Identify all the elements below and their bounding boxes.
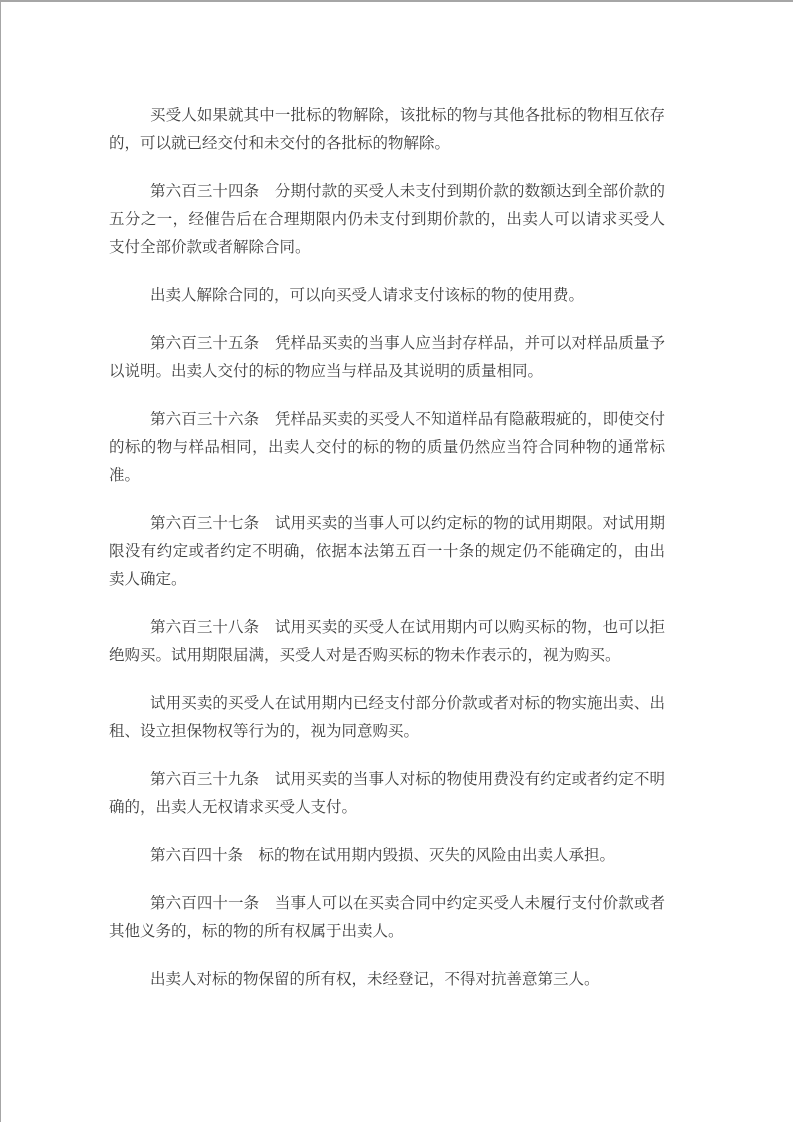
paragraph: 试用买卖的买受人在试用期内已经支付部分价款或者对标的物实施出卖、出租、设立担保物… — [109, 690, 665, 746]
document-page: 买受人如果就其中一批标的物解除，该批标的物与其他各批标的物相互依存的，可以就已经… — [0, 0, 793, 1122]
paragraph: 买受人如果就其中一批标的物解除，该批标的物与其他各批标的物相互依存的，可以就已经… — [109, 102, 665, 158]
paragraph: 出卖人对标的物保留的所有权，未经登记，不得对抗善意第三人。 — [109, 966, 665, 994]
paragraph: 第六百四十一条 当事人可以在买卖合同中约定买受人未履行支付价款或者其他义务的，标… — [109, 890, 665, 946]
paragraph: 出卖人解除合同的，可以向买受人请求支付该标的物的使用费。 — [109, 282, 665, 310]
paragraph: 第六百三十五条 凭样品买卖的当事人应当封存样品，并可以对样品质量予以说明。出卖人… — [109, 330, 665, 386]
paragraph: 第六百三十九条 试用买卖的当事人对标的物使用费没有约定或者约定不明确的，出卖人无… — [109, 766, 665, 822]
paragraph: 第六百四十条 标的物在试用期内毁损、灭失的风险由出卖人承担。 — [109, 842, 665, 870]
document-content: 买受人如果就其中一批标的物解除，该批标的物与其他各批标的物相互依存的，可以就已经… — [109, 102, 665, 994]
paragraph: 第六百三十七条 试用买卖的当事人可以约定标的物的试用期限。对试用期限没有约定或者… — [109, 510, 665, 594]
paragraph: 第六百三十八条 试用买卖的买受人在试用期内可以购买标的物，也可以拒绝购买。试用期… — [109, 614, 665, 670]
paragraph: 第六百三十六条 凭样品买卖的买受人不知道样品有隐蔽瑕疵的，即使交付的标的物与样品… — [109, 406, 665, 490]
paragraph: 第六百三十四条 分期付款的买受人未支付到期价款的数额达到全部价款的五分之一，经催… — [109, 178, 665, 262]
